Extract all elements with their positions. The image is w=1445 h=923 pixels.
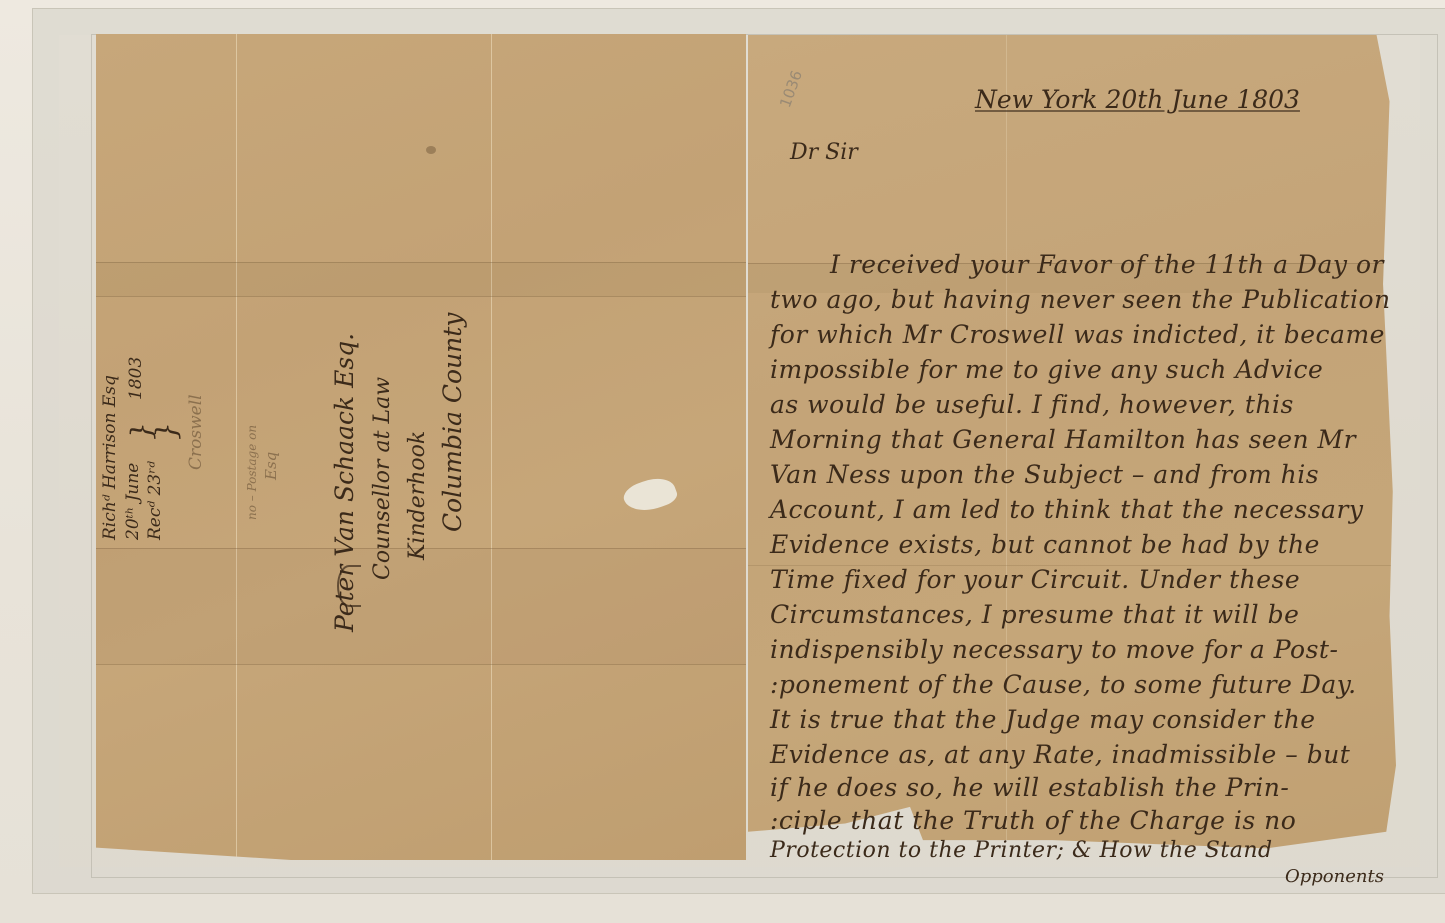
letter-line: Morning that General Hamilton has seen M… (770, 425, 1356, 454)
faint-note: Esq (262, 452, 280, 480)
letter-line: as would be useful. I find, however, thi… (770, 390, 1294, 419)
fold-line (96, 296, 746, 297)
endorsement-line-1: Richᵈ Harrison Esq (100, 375, 120, 540)
fold-line (96, 664, 746, 665)
fold-shadow (96, 262, 746, 296)
letter-line: :ciple that the Truth of the Charge is n… (770, 806, 1296, 835)
endorsement-year: 1803 (126, 357, 146, 400)
letter-line: It is true that the Judge may consider t… (770, 705, 1316, 734)
letter-line: :ponement of the Cause, to some future D… (770, 670, 1357, 699)
letter-line: Circumstances, I presume that it will be (770, 600, 1299, 629)
ink-stain (426, 146, 436, 154)
fold-line (491, 34, 492, 860)
letter-line: Protection to the Printer; & How the Sta… (770, 838, 1273, 863)
letter-line: if he does so, he will establish the Pri… (770, 773, 1289, 802)
letter-line: Evidence exists, but cannot be had by th… (770, 530, 1320, 559)
address-line-4: Columbia County (438, 313, 467, 532)
letter-line: two ago, but having never seen the Publi… (770, 285, 1391, 314)
letter-line: for which Mr Croswell was indicted, it b… (770, 320, 1385, 349)
endorsement-line-2: 20ᵗʰ June (123, 463, 143, 540)
letter-line: indispensibly necessary to move for a Po… (770, 635, 1338, 664)
faint-note: Croswell (186, 394, 206, 470)
endorsement-line-3: Recᵈ 23ʳᵈ (145, 461, 165, 540)
letter-salutation: Dr Sir (790, 140, 858, 165)
faint-note: no – Postage on (245, 425, 259, 520)
address-line-3: Kinderhook (405, 431, 430, 560)
letter-line: impossible for me to give any such Advic… (770, 355, 1323, 384)
paper-hole (620, 472, 679, 518)
letter-line: Account, I am led to think that the nece… (770, 495, 1364, 524)
endorsement-brace: } (150, 422, 183, 440)
letter-line: I received your Favor of the 11th a Day … (830, 250, 1384, 279)
fold-shadow (96, 548, 746, 664)
fold-line (236, 34, 237, 860)
catchword: Opponents (1285, 866, 1384, 887)
address-line-2: Counsellor at Law (370, 377, 395, 580)
letter-line: Time fixed for your Circuit. Under these (770, 565, 1300, 594)
letter-line: Evidence as, at any Rate, inadmissible –… (770, 740, 1350, 769)
letter-line: Van Ness upon the Subject – and from his (770, 460, 1319, 489)
postmark-stamp (337, 565, 361, 607)
letter-dateline: New York 20th June 1803 (975, 85, 1300, 114)
